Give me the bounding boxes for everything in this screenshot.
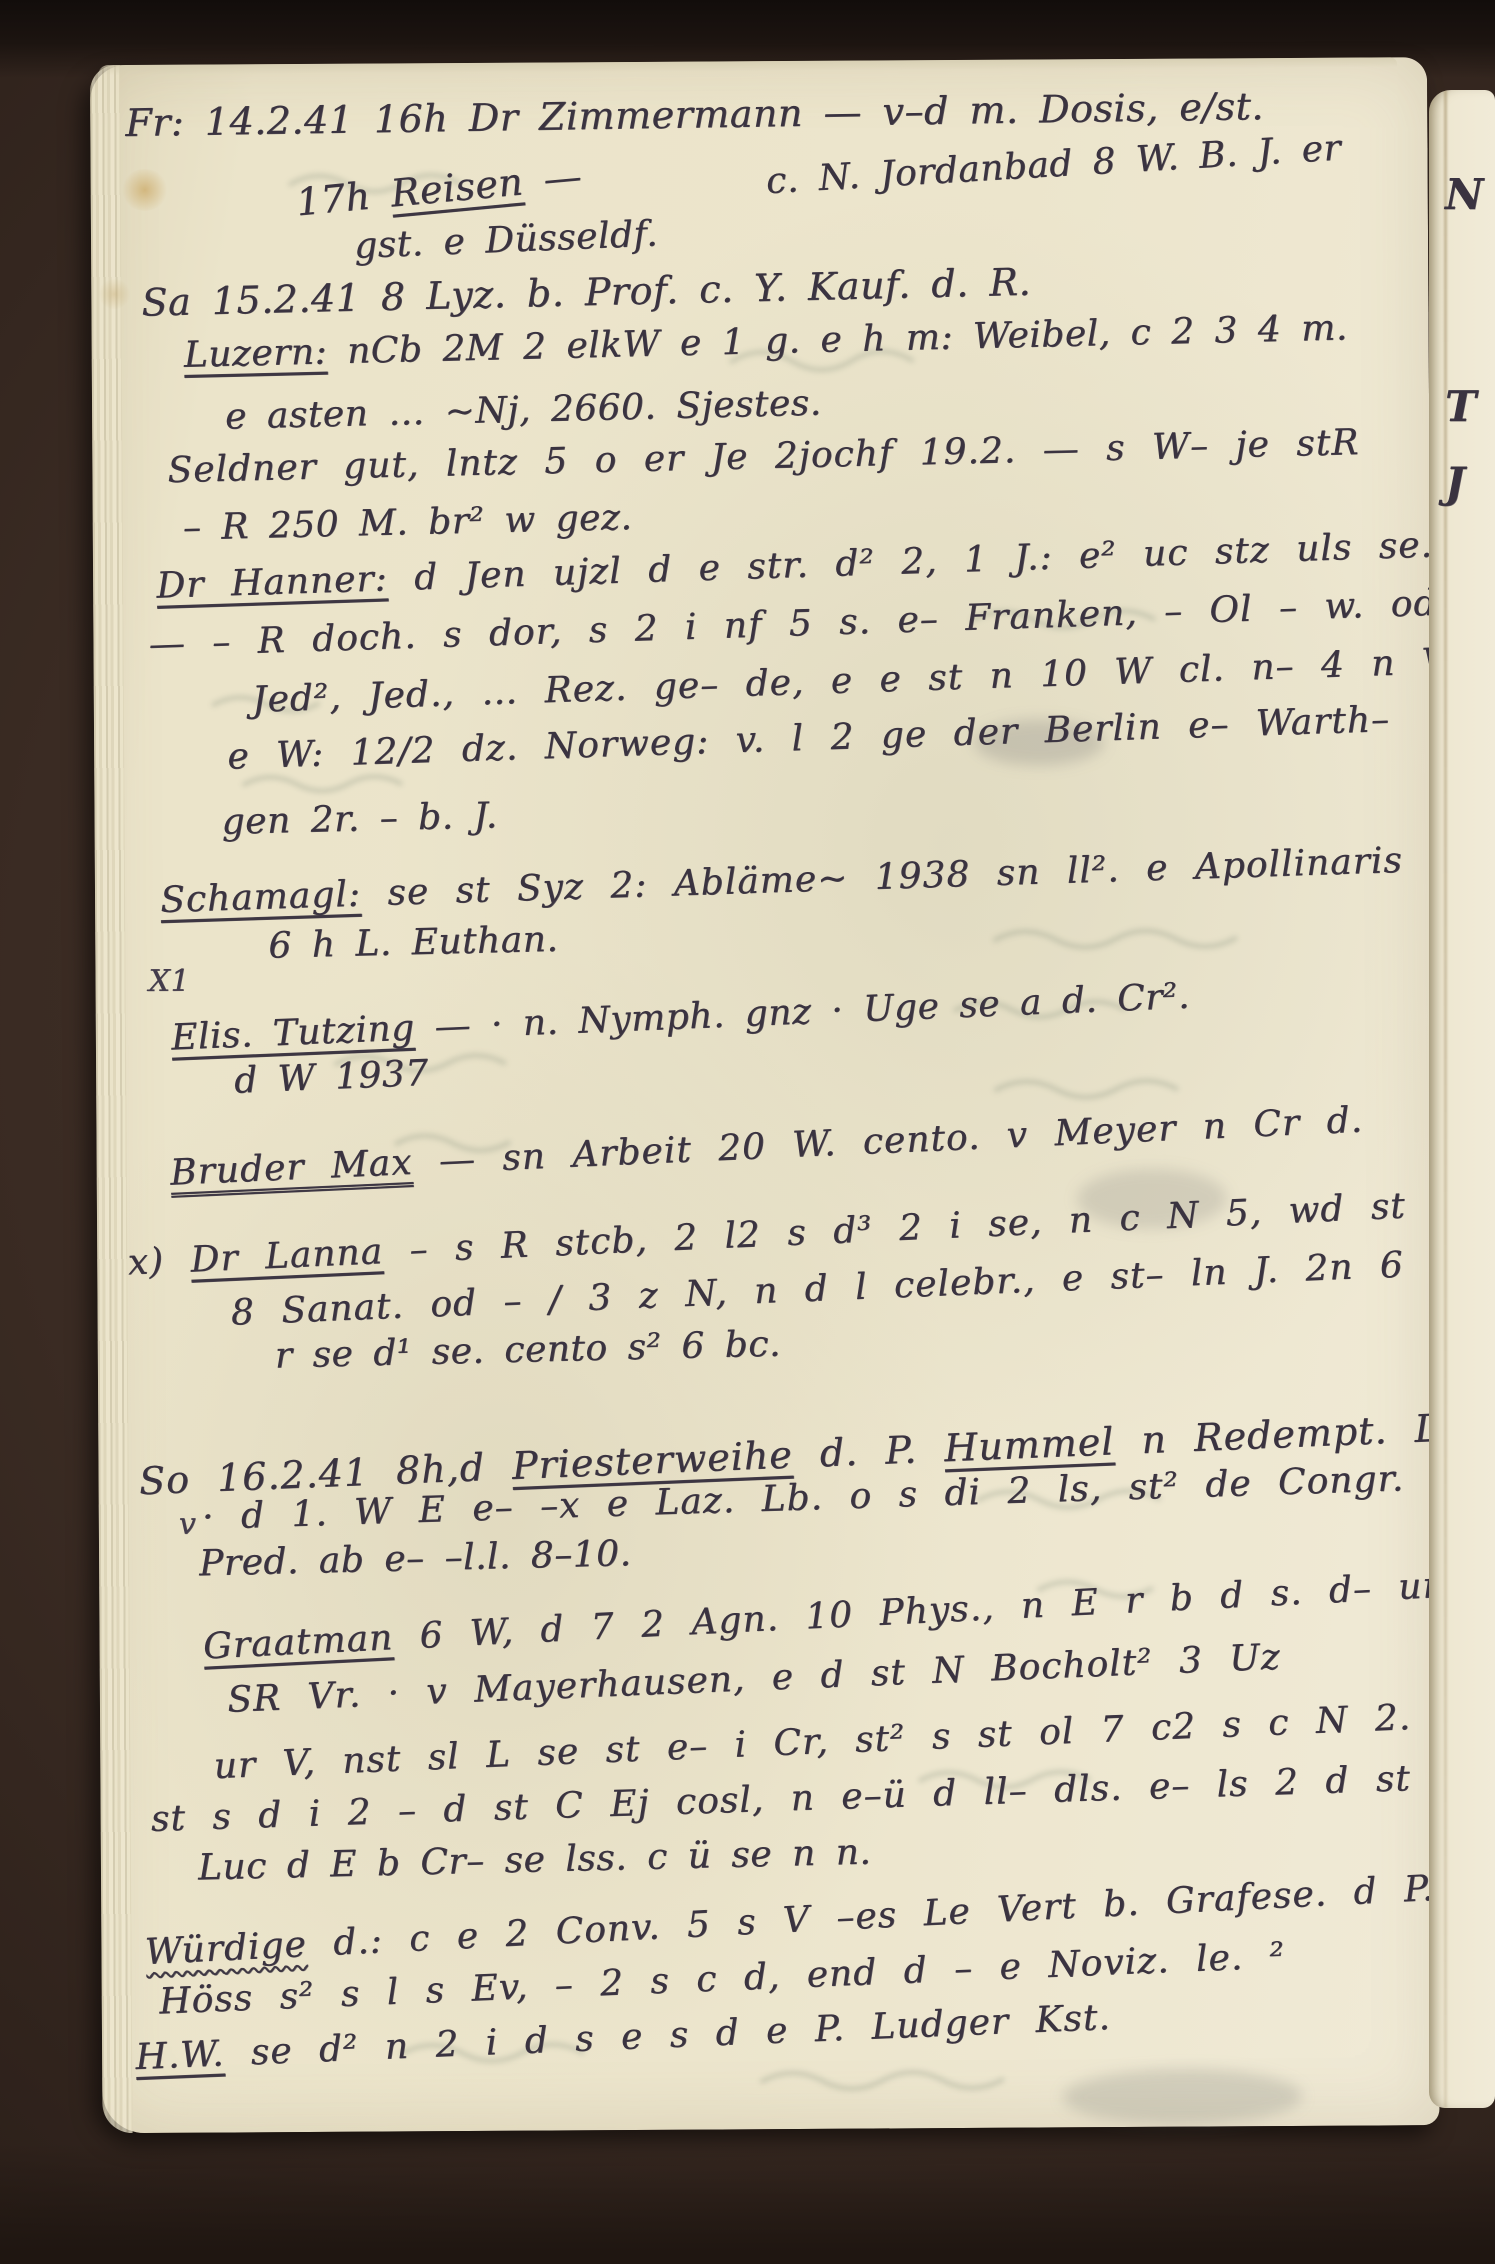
entry-date-sa-15-2-41: Sa 15.2.41 8 Lyz. b. Prof. c. Y. Kauf. d…: [141, 262, 1031, 325]
page-stack-edge-left: [90, 65, 133, 2133]
next-page-stroke-fragment: T: [1445, 382, 1476, 431]
handwriting-line: Luc d E b Cr– se lss. c ü se n n.: [198, 1833, 872, 1888]
line-jordanbad: c. N. Jordanbad 8 W. B. J. er: [765, 129, 1342, 202]
handwriting-line: gen 2r. – b. J.: [221, 796, 498, 842]
next-page-sliver: N T J: [1429, 90, 1495, 2108]
line-text: Fr: 14.2.41 16h Dr Zimmermann — v–d m. D…: [125, 84, 1264, 145]
ink-smudge: [1062, 2068, 1302, 2125]
line-elis-tutzing: Elis. Tutzing — · n. Nymph. gnz · Uge se…: [170, 977, 1190, 1058]
line-bruder-max: Bruder Max — sn Arbeit 20 W. cento. v Me…: [169, 1101, 1363, 1194]
diary-page: Fr: 14.2.41 16h Dr Zimmermann — v–d m. D…: [90, 57, 1440, 2133]
photo-bottom-shadow: [0, 2144, 1495, 2264]
next-page-stroke-fragment: N: [1445, 170, 1483, 219]
line-1937: d W 1937: [233, 1054, 429, 1102]
line-duesseldorf: gst. e Düsseldf.: [353, 215, 658, 267]
margin-mark-check: v: [179, 1508, 197, 1541]
handwriting-line: r se d¹ se. cento s² 6 bc.: [274, 1325, 781, 1377]
photo-of-diary: { "meta": { "kind": "handwritten diary p…: [0, 0, 1495, 2264]
paper-stain: [121, 169, 169, 211]
line-schamagl: Schamagl: se st Syz 2: Abläme~ 1938 sn l…: [160, 841, 1404, 921]
entry-date-fr-14-2-41: Fr: 14.2.41 16h Dr Zimmermann — v–d m. D…: [125, 86, 1264, 145]
margin-mark-x1: X1: [148, 965, 190, 998]
handwriting-line: e asten … ~Nj, 2660. Sjestes.: [225, 384, 822, 438]
line-euthan: 6 h L. Euthan.: [268, 920, 559, 966]
next-page-stroke-fragment: J: [1445, 458, 1465, 507]
line-pred-8-10: Pred. ab e– –l.l. 8–10.: [199, 1534, 632, 1584]
line-250-mark: – R 250 M. br² w gez.: [182, 498, 632, 548]
line-reisen: 17h Reisen —: [294, 156, 583, 224]
